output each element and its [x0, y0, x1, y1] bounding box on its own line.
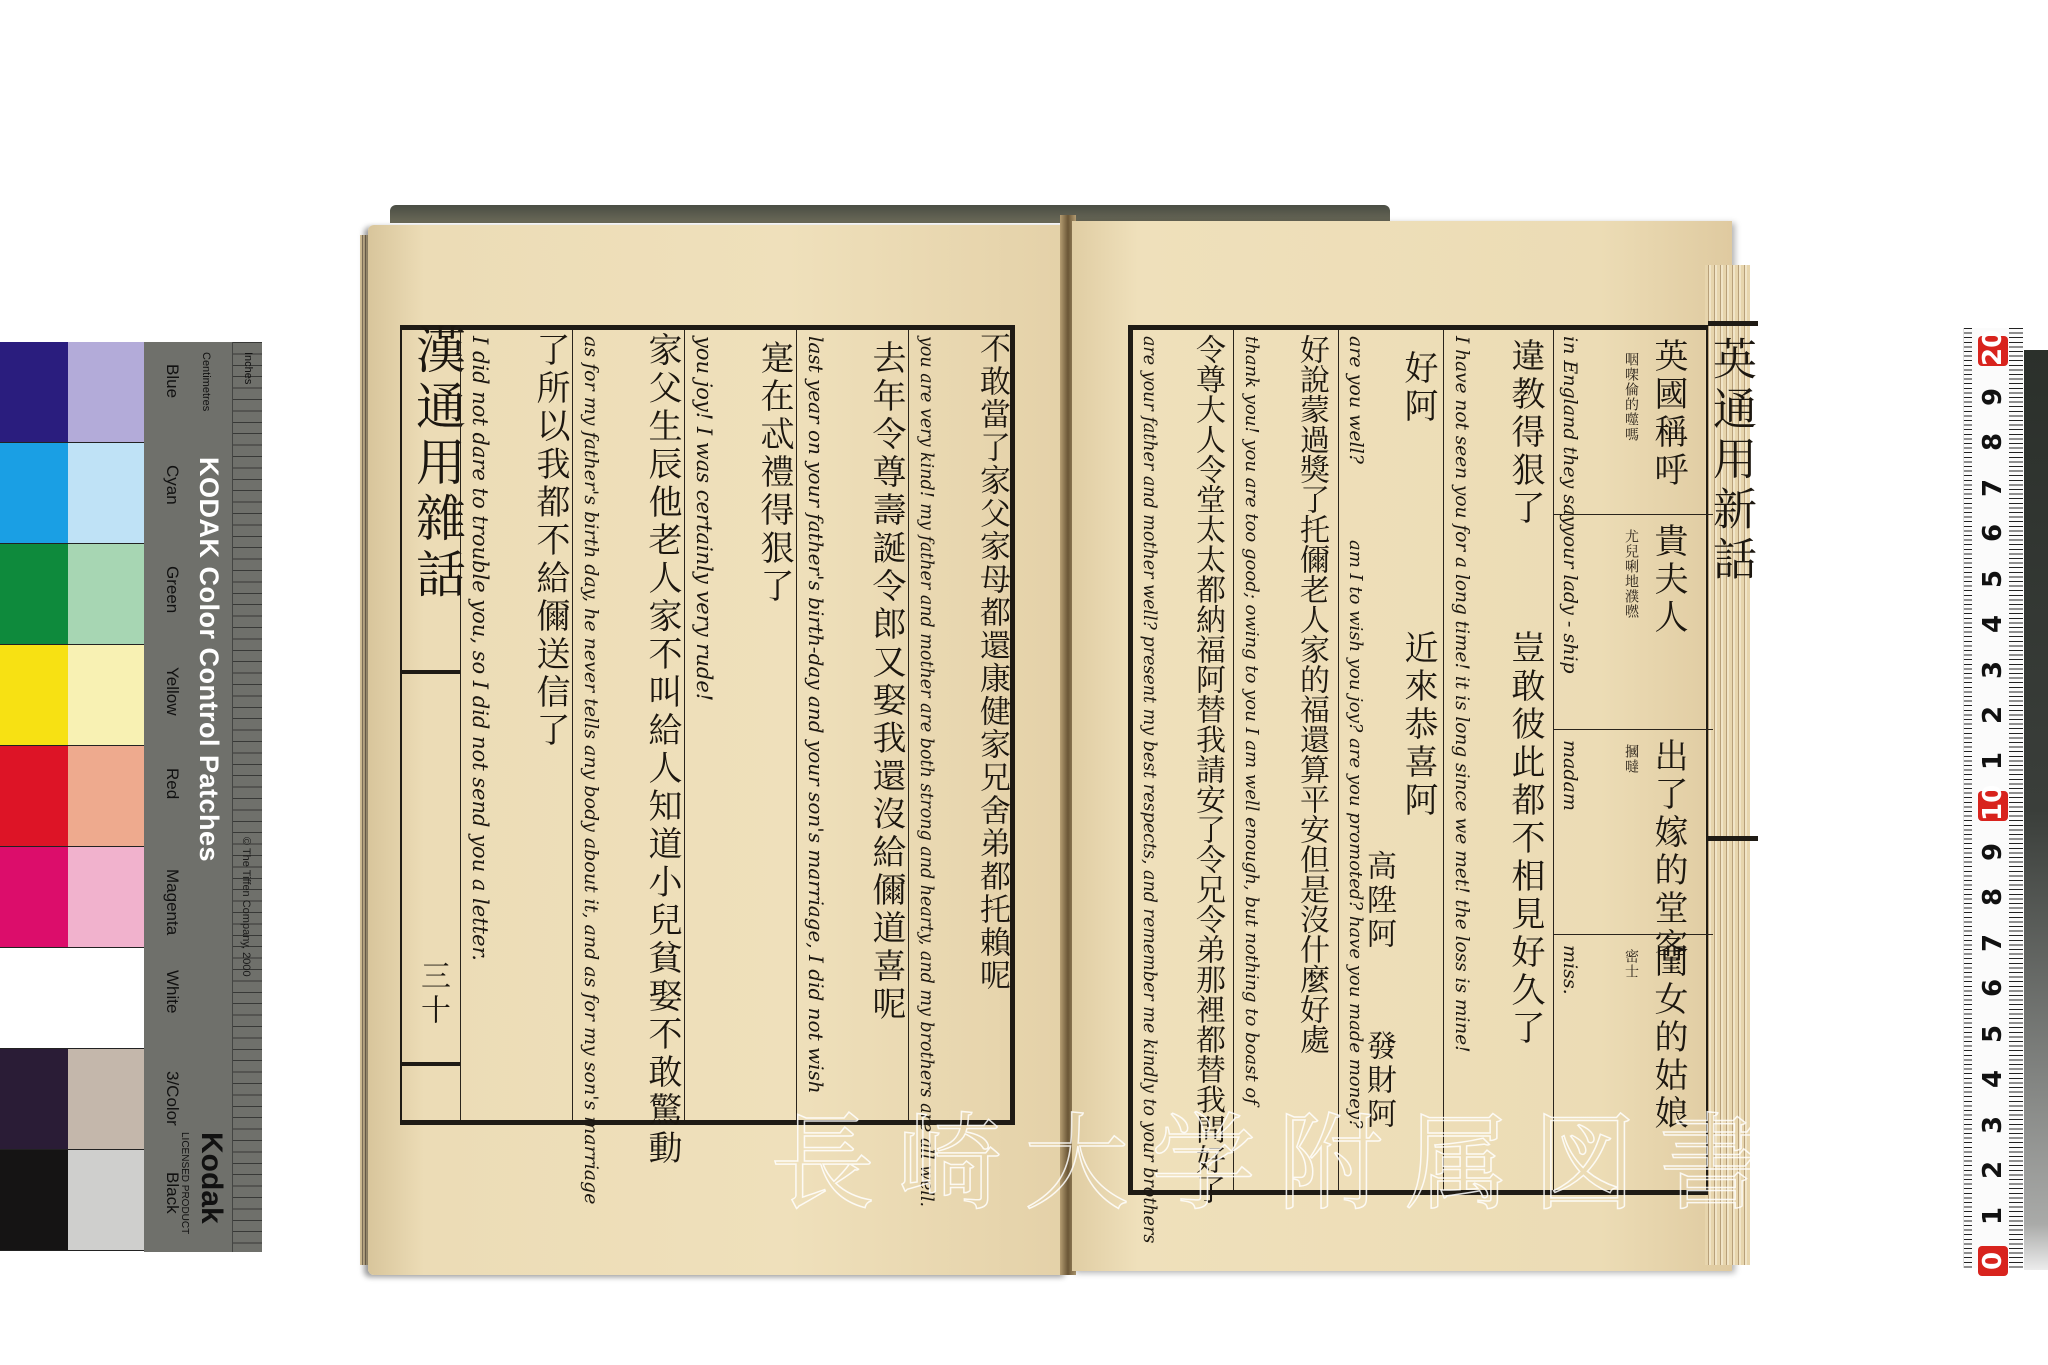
ruler-number: 6 — [1978, 518, 2008, 548]
ruler-number: 5 — [1978, 1019, 2008, 1049]
patch-label: Magenta — [162, 869, 182, 935]
color-patch-dark — [0, 342, 70, 443]
color-patch-dark — [0, 443, 70, 544]
patch-label: Black — [162, 1172, 182, 1214]
color-patch-dark — [0, 1049, 70, 1150]
patch-label: 3/Color — [162, 1071, 182, 1126]
ruler-number: 0 — [1978, 1246, 2008, 1276]
color-patch-light — [68, 645, 146, 746]
dark-patch-column — [0, 342, 70, 1251]
ruler-ticks — [2009, 328, 2023, 1268]
chinese-phrase: 好阿 — [1398, 350, 1438, 426]
chinese-phrase: 高陞阿 — [1358, 850, 1398, 952]
color-patch-light — [68, 342, 146, 443]
color-patch-light — [68, 847, 146, 948]
english-question: are you well? — [1345, 336, 1367, 464]
vocab-box: in England they say 咽㗎倫的噬嗎 英國稱呼 — [1553, 330, 1713, 515]
color-patch-dark — [0, 1150, 70, 1251]
ruler-number: 8 — [1978, 427, 2008, 457]
color-patch-dark — [0, 948, 70, 1049]
patch-label: White — [162, 970, 182, 1013]
ruler-number: 6 — [1978, 973, 2008, 1003]
english-sentence: last year on your father's birth-day and… — [804, 336, 828, 1094]
ruler-number: 7 — [1978, 473, 2008, 503]
vocabulary-boxes: in England they say 咽㗎倫的噬嗎 英國稱呼 your lad… — [1553, 330, 1713, 1190]
vocab-reading: 尤兒唎地濮嘫 — [1623, 529, 1639, 619]
column-rule — [1443, 330, 1444, 1190]
patch-label: Yellow — [162, 667, 182, 716]
chinese-sentence: 不敢當了家父家母都還康健家兄舍弟都托賴呢 — [974, 332, 1010, 992]
english-sentence: I have not seen you for a long time! it … — [1451, 336, 1472, 1053]
folio-divider — [402, 670, 460, 674]
ruler-number: 10 — [1978, 791, 2008, 821]
kodak-label-strip: Inches Centimetres KODAK Color Control P… — [144, 342, 262, 1252]
vocab-reading: 咽㗎倫的噬嗎 — [1623, 352, 1639, 442]
column-rule — [1233, 330, 1234, 1190]
vocab-reading: 摑噠 — [1623, 744, 1639, 774]
patch-label: Blue — [162, 364, 182, 398]
measuring-ruler: 20987654321109876543210 — [1963, 328, 2023, 1268]
patch-labels: BlueCyanGreenYellowRedMagentaWhite3/Colo… — [152, 342, 182, 1252]
column-rule — [572, 330, 573, 1120]
ruler-number: 4 — [1978, 1064, 2008, 1094]
vocab-english: madam — [1559, 740, 1581, 811]
centimetres-label: Centimetres — [200, 352, 212, 411]
vocab-english: in England they say — [1559, 336, 1581, 526]
inch-scale — [232, 342, 262, 1252]
ruler-number: 2 — [1978, 700, 2008, 730]
chinese-sentence: 寔在忒禮得狠了 — [754, 340, 794, 606]
vocab-english: miss. — [1559, 945, 1581, 995]
column-rule — [908, 330, 909, 1120]
chart-title: KODAK Color Control Patches — [193, 457, 224, 862]
color-patch-dark — [0, 645, 70, 746]
color-patch-light — [68, 948, 146, 1049]
right-page-frame: are your father and mother well? present… — [1128, 325, 1708, 1195]
ruler-number: 1 — [1978, 746, 2008, 776]
left-page-frame: 漢通用雜話 三十 I did not dare to trouble you, … — [400, 325, 1015, 1125]
patch-label: Cyan — [162, 465, 182, 505]
chinese-sentence: 了所以我都不給儞送信了 — [530, 332, 570, 750]
ruler-number: 8 — [1978, 882, 2008, 912]
chinese-phrase: 違教得狠了 — [1505, 338, 1545, 528]
left-title-margin: 漢通用雜話 三十 — [402, 330, 460, 1120]
chinese-sentence: 去年令尊壽誕令郎又娶我還沒給儞道喜呢 — [866, 340, 906, 1024]
chinese-sentence: 家父生辰他老人家不叫給人知道小兒貧娶不敢驚動 — [642, 332, 682, 1168]
right-page-title: 英通用新話 — [1702, 336, 1758, 586]
ruler-number: 9 — [1978, 837, 2008, 867]
chinese-sentence: 好說蒙過獎了托儞老人家的福還算平安但是沒什麼好處 — [1293, 334, 1329, 1054]
english-sentence: you are very kind! my father and mother … — [916, 336, 936, 1207]
column-rule — [796, 330, 797, 1120]
vocab-reading: 密士 — [1623, 949, 1639, 979]
english-sentence: as for my father's birth day, he never t… — [580, 336, 602, 1205]
color-patch-light — [68, 1150, 146, 1251]
kodak-logo: Kodak — [194, 1132, 228, 1224]
chinese-phrase: 近來恭喜阿 — [1398, 630, 1438, 820]
color-patch-dark — [0, 746, 70, 847]
ruler-ticks-left — [1964, 328, 1972, 1268]
ruler-number: 3 — [1978, 1110, 2008, 1140]
english-sentence: I did not dare to trouble you, so I did … — [468, 336, 492, 961]
english-sentence: you joy! I was certainly very rude! — [692, 336, 716, 701]
column-rule — [684, 330, 685, 1120]
vocab-box: your lady - ship 尤兒唎地濮嘫 貴夫人 — [1553, 515, 1713, 730]
ruler-number: 5 — [1978, 564, 2008, 594]
gray-scale-strip — [2024, 350, 2048, 1270]
color-patch-light — [68, 544, 146, 645]
color-patch-dark — [0, 847, 70, 948]
library-watermark: 長崎大学附属図書館 — [770, 1080, 1913, 1231]
ruler-number: 1 — [1978, 1201, 2008, 1231]
color-patch-light — [68, 746, 146, 847]
light-patch-column — [68, 342, 146, 1251]
kodak-color-chart: Inches Centimetres KODAK Color Control P… — [0, 342, 262, 1252]
folio-number: 三十 — [412, 960, 452, 1028]
patch-label: Red — [162, 768, 182, 799]
inches-label: Inches — [242, 352, 254, 384]
vocab-chinese: 貴夫人 — [1648, 523, 1688, 637]
column-rule — [1338, 330, 1339, 1190]
vocab-box: madam 摑噠 出了嫁的堂客 — [1553, 730, 1713, 935]
ruler-number: 2 — [1978, 1155, 2008, 1185]
color-patch-light — [68, 443, 146, 544]
chinese-sentence: 令尊大人令堂太太都納福阿替我請安了令兄令弟那裡都替我問好了 — [1189, 334, 1225, 1204]
chart-copyright: © The Tiffen Company, 2000 — [240, 837, 252, 977]
right-title-margin: 英通用新話 — [1708, 321, 1758, 841]
color-patch-light — [68, 1049, 146, 1150]
vocab-chinese: 英國稱呼 — [1648, 338, 1688, 490]
color-patch-dark — [0, 544, 70, 645]
chinese-phrase: 豈敢彼此都不相見好久了 — [1505, 630, 1545, 1048]
ruler-number: 9 — [1978, 382, 2008, 412]
ruler-number: 20 — [1978, 336, 2008, 366]
patch-label: Green — [162, 566, 182, 613]
folio-divider-bottom — [402, 1062, 460, 1066]
column-rule — [460, 330, 461, 1120]
ruler-number: 7 — [1978, 928, 2008, 958]
ruler-number: 4 — [1978, 609, 2008, 639]
ruler-number: 3 — [1978, 655, 2008, 685]
english-sentence: thank you! you are too good; owing to yo… — [1241, 336, 1262, 1105]
vocab-chinese: 出了嫁的堂客 — [1648, 738, 1688, 966]
vocab-english: your lady - ship — [1559, 525, 1581, 674]
